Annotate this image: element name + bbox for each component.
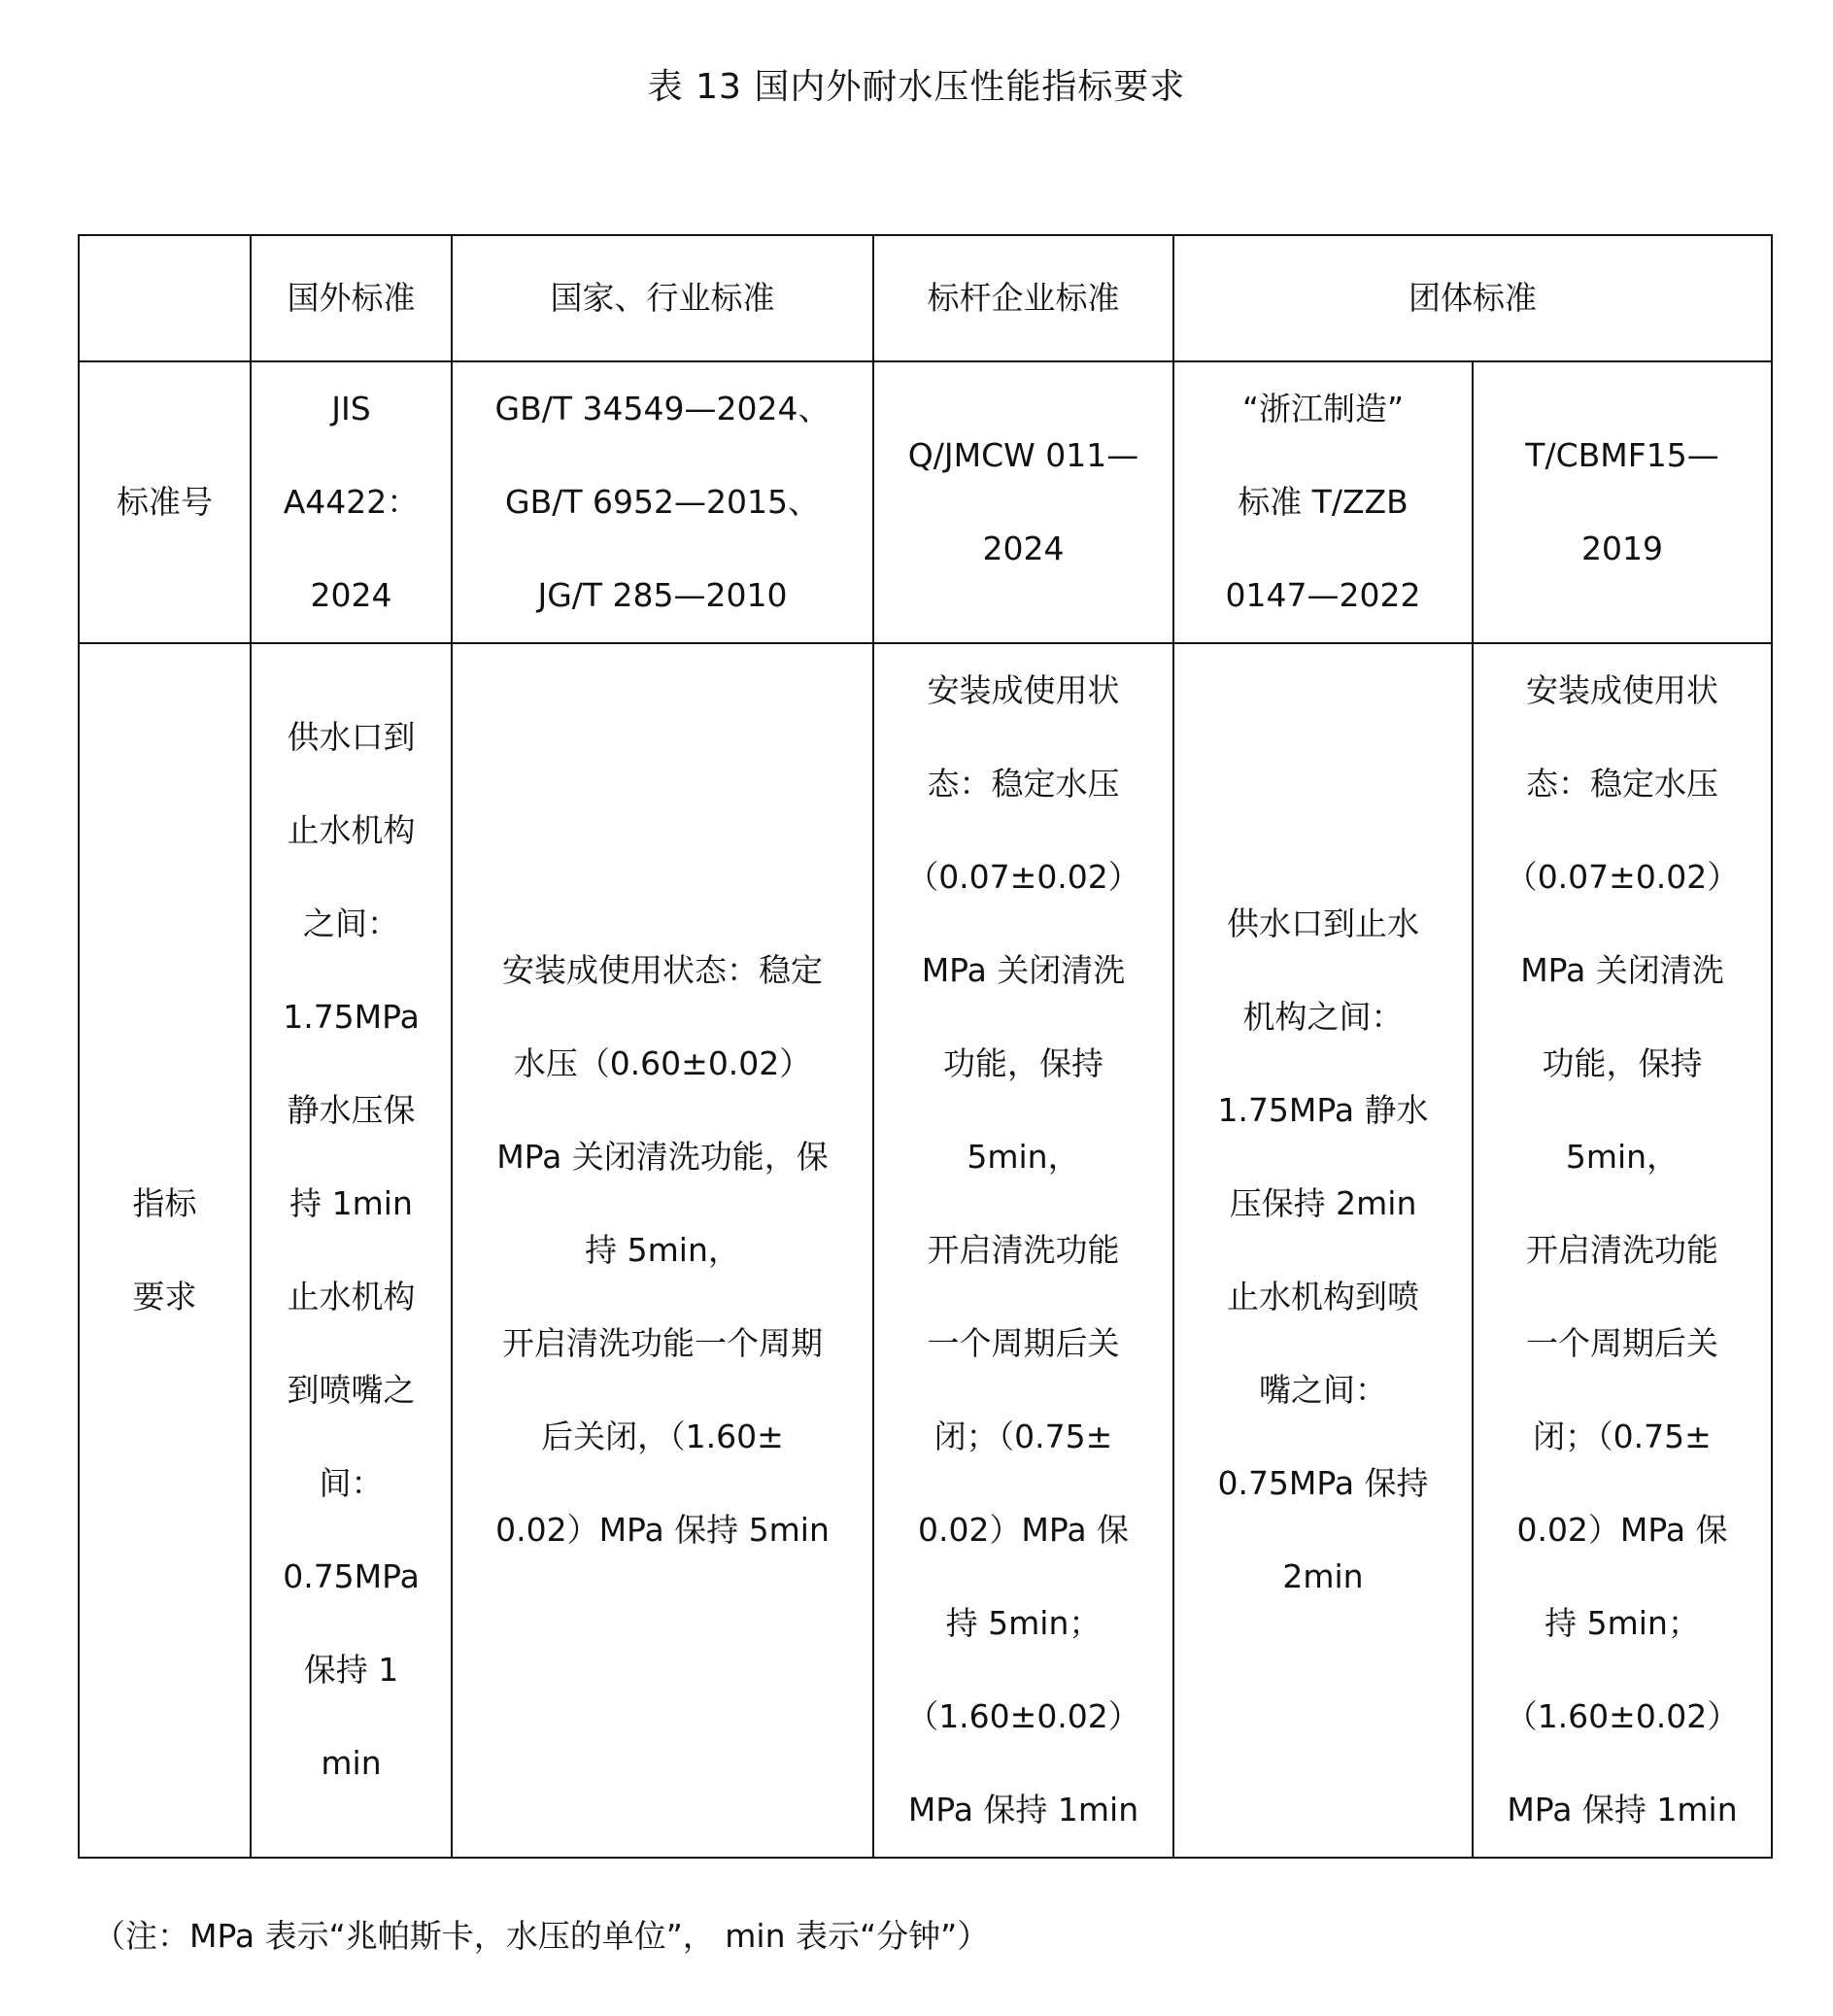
cell-text-line: 功能，保持 (884, 1017, 1163, 1111)
cell-text-line: 嘴之间： (1184, 1344, 1462, 1437)
row-label-requirement: 指标要求 (79, 643, 251, 1858)
cell-text-line: 止水机构到喷 (1184, 1250, 1462, 1344)
requirement-cell: 安装成使用状态：稳定水压（0.07±0.02）MPa 关闭清洗功能，保持5min… (1473, 643, 1772, 1858)
cell-text-line: 0147—2022 (1184, 549, 1462, 642)
cell-text-line: 间： (261, 1437, 441, 1530)
cell-text-line: （1.60±0.02） (884, 1670, 1163, 1763)
cell-text-line: 开启清洗功能 (1483, 1204, 1761, 1297)
cell-text-line: A4422： (261, 456, 441, 549)
cell-text-line: MPa 关闭清洗 (884, 924, 1163, 1017)
cell-text-line: 持 5min， (462, 1204, 863, 1297)
cell-text-line: 0.02）MPa 保持 5min (462, 1484, 863, 1577)
cell-text-line: 供水口到止水 (1184, 877, 1462, 971)
cell-text-line: 2024 (261, 549, 441, 642)
footnote: （注：MPa 表示“兆帕斯卡，水压的单位”， min 表示“分钟”） (93, 1912, 989, 1961)
header-foreign-standard: 国外标准 (251, 235, 452, 361)
cell-text-line: MPa 保持 1min (1483, 1763, 1761, 1857)
cell-text-line: MPa 保持 1min (884, 1763, 1163, 1857)
requirement-cell: 供水口到止水机构之间：1.75MPa 静水压保持 2min止水机构到喷嘴之间：0… (1173, 643, 1473, 1858)
cell-text-line: min (261, 1717, 441, 1810)
cell-text-line: 要求 (89, 1250, 240, 1344)
cell-text-line: 持 5min； (1483, 1577, 1761, 1670)
cell-text-line: 压保持 2min (1184, 1157, 1462, 1250)
cell-text-line: （1.60±0.02） (1483, 1670, 1761, 1763)
cell-text-line: 2019 (1483, 502, 1761, 596)
cell-text-line: 2min (1184, 1530, 1462, 1623)
cell-text-line: 保持 1 (261, 1623, 441, 1717)
cell-text-line: 开启清洗功能一个周期 (462, 1297, 863, 1390)
cell-text-line: T/CBMF15— (1483, 409, 1761, 502)
cell-text-line: JG/T 285—2010 (462, 549, 863, 642)
cell-text-line: 之间： (261, 877, 441, 971)
cell-text-line: 安装成使用状 (884, 644, 1163, 737)
requirement-cell: 安装成使用状态：稳定水压（0.07±0.02）MPa 关闭清洗功能，保持5min… (873, 643, 1173, 1858)
cell-text-line: 闭；（0.75± (884, 1390, 1163, 1484)
cell-text-line: GB/T 34549—2024、 (462, 362, 863, 456)
row-label-standard-number: 标准号 (79, 361, 251, 643)
cell-text-line: 指标 (89, 1157, 240, 1250)
water-pressure-standards-table: 国外标准 国家、行业标准 标杆企业标准 团体标准 标准号 JISA4422：20… (78, 234, 1773, 1859)
cell-text-line: 2024 (884, 502, 1163, 596)
standard-number-cell: Q/JMCW 011—2024 (873, 361, 1173, 643)
header-corner-cell (79, 235, 251, 361)
cell-text-line: MPa 关闭清洗功能，保 (462, 1111, 863, 1204)
cell-text-line: 0.02）MPa 保 (1483, 1484, 1761, 1577)
cell-text-line: 安装成使用状 (1483, 644, 1761, 737)
cell-text-line: 0.75MPa 保持 (1184, 1437, 1462, 1530)
header-row: 国外标准 国家、行业标准 标杆企业标准 团体标准 (79, 235, 1772, 361)
standard-number-cell: “浙江制造”标准 T/ZZB0147—2022 (1173, 361, 1473, 643)
cell-text-line: 止水机构 (261, 784, 441, 877)
cell-text-line: 0.75MPa (261, 1530, 441, 1623)
cell-text-line: 水压（0.60±0.02） (462, 1017, 863, 1111)
cell-text-line: 态：稳定水压 (1483, 737, 1761, 831)
cell-text-line: 闭；（0.75± (1483, 1390, 1761, 1484)
standard-number-cell: GB/T 34549—2024、GB/T 6952—2015、JG/T 285—… (452, 361, 873, 643)
cell-text-line: 一个周期后关 (884, 1297, 1163, 1390)
cell-text-line: 后关闭，（1.60± (462, 1390, 863, 1484)
cell-text-line: 持 1min (261, 1157, 441, 1250)
requirement-cell: 供水口到止水机构之间：1.75MPa静水压保持 1min止水机构到喷嘴之间：0.… (251, 643, 452, 1858)
cell-text-line: GB/T 6952—2015、 (462, 456, 863, 549)
cell-text-line: 5min， (1483, 1111, 1761, 1204)
cell-text-line: 到喷嘴之 (261, 1344, 441, 1437)
cell-text-line: 功能，保持 (1483, 1017, 1761, 1111)
cell-text-line: 5min， (884, 1111, 1163, 1204)
table-title: 表 13 国内外耐水压性能指标要求 (0, 60, 1833, 115)
requirement-cell: 安装成使用状态：稳定水压（0.60±0.02）MPa 关闭清洗功能，保持 5mi… (452, 643, 873, 1858)
standard-number-cell: JISA4422：2024 (251, 361, 452, 643)
cell-text-line: 标准 T/ZZB (1184, 456, 1462, 549)
cell-text-line: 开启清洗功能 (884, 1204, 1163, 1297)
requirement-row: 指标要求 供水口到止水机构之间：1.75MPa静水压保持 1min止水机构到喷嘴… (79, 643, 1772, 1858)
cell-text-line: 一个周期后关 (1483, 1297, 1761, 1390)
cell-text-line: 1.75MPa 静水 (1184, 1064, 1462, 1157)
header-national-industry-standard: 国家、行业标准 (452, 235, 873, 361)
cell-text-line: 持 5min； (884, 1577, 1163, 1670)
cell-text-line: JIS (261, 362, 441, 456)
cell-text-line: 止水机构 (261, 1250, 441, 1344)
standard-number-cell: T/CBMF15—2019 (1473, 361, 1772, 643)
cell-text-line: 0.02）MPa 保 (884, 1484, 1163, 1577)
cell-text-line: 静水压保 (261, 1064, 441, 1157)
cell-text-line: 供水口到 (261, 691, 441, 784)
cell-text-line: 机构之间： (1184, 971, 1462, 1064)
cell-text-line: 态：稳定水压 (884, 737, 1163, 831)
standard-number-row: 标准号 JISA4422：2024 GB/T 34549—2024、GB/T 6… (79, 361, 1772, 643)
cell-text-line: 1.75MPa (261, 971, 441, 1064)
cell-text-line: （0.07±0.02） (1483, 831, 1761, 924)
cell-text-line: 安装成使用状态：稳定 (462, 924, 863, 1017)
header-group-standard: 团体标准 (1173, 235, 1772, 361)
cell-text-line: （0.07±0.02） (884, 831, 1163, 924)
cell-text-line: “浙江制造” (1184, 362, 1462, 456)
cell-text-line: Q/JMCW 011— (884, 409, 1163, 502)
header-benchmark-enterprise-standard: 标杆企业标准 (873, 235, 1173, 361)
cell-text-line: MPa 关闭清洗 (1483, 924, 1761, 1017)
